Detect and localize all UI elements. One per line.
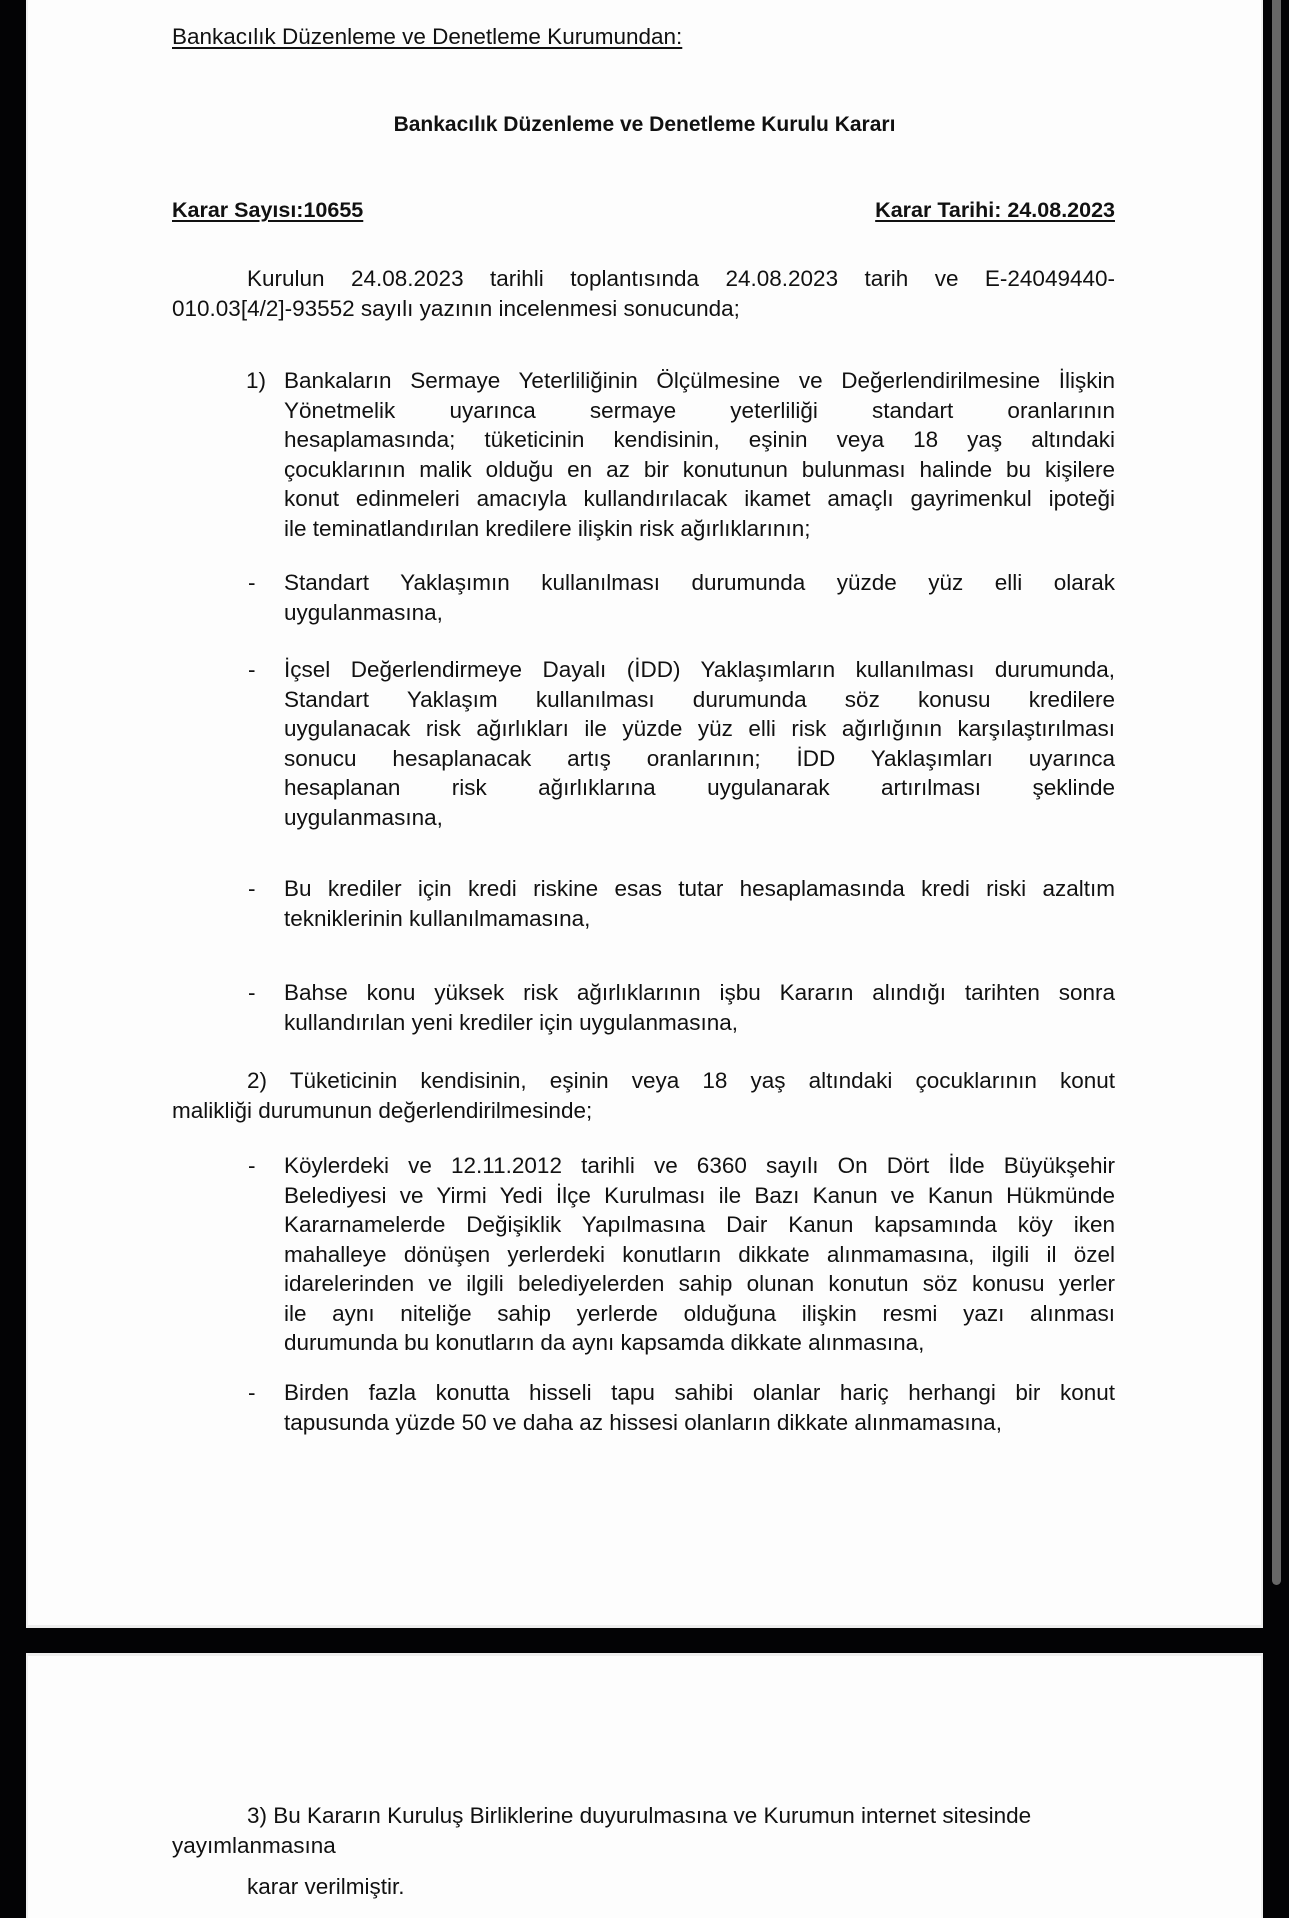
- intro-line: 010.03[4/2]-93552 sayılı yazının incelen…: [172, 294, 1115, 324]
- bullet-line: idarelerinden ve ilgili belediyelerden s…: [284, 1269, 1115, 1299]
- item-2-text: 2) Tüketicinin kendisinin, eşinin veya 1…: [172, 1066, 1115, 1125]
- bullet-line: uygulanacak risk ağırlıkları ile yüzde y…: [284, 714, 1115, 744]
- item-2-line: malikliği durumunun değerlendirilmesinde…: [172, 1096, 1115, 1126]
- bullet-line: Standart Yaklaşımın kullanılması durumun…: [284, 568, 1115, 598]
- bullet-line: uygulanmasına,: [284, 803, 1115, 833]
- item-1-number: 1): [246, 366, 266, 396]
- item-1-line: çocuklarının malik olduğu en az bir konu…: [284, 455, 1115, 485]
- decision-number: Karar Sayısı:10655: [172, 196, 363, 226]
- bullet-item: İçsel Değerlendirmeye Dayalı (İDD) Yakla…: [284, 655, 1115, 832]
- bullet-line: hesaplanan risk ağırlıklarına uygulanara…: [284, 773, 1115, 803]
- bullet-line: tekniklerinin kullanılmamasına,: [284, 904, 1115, 934]
- bullet-item: Köylerdeki ve 12.11.2012 tarihli ve 6360…: [284, 1151, 1115, 1358]
- bullet-line: ile aynı niteliğe sahip yerlerde olduğun…: [284, 1299, 1115, 1329]
- bullet-item: Bahse konu yüksek risk ağırlıklarının iş…: [284, 978, 1115, 1037]
- bullet-line: İçsel Değerlendirmeye Dayalı (İDD) Yakla…: [284, 655, 1115, 685]
- bullet-line: durumunda bu konutların da aynı kapsamda…: [284, 1328, 1115, 1358]
- item-1-line: hesaplamasında; tüketicinin kendisinin, …: [284, 425, 1115, 455]
- item-1-line: konut edinmeleri amacıyla kullandırılaca…: [284, 484, 1115, 514]
- bullet-item: Standart Yaklaşımın kullanılması durumun…: [284, 568, 1115, 627]
- bullet-line: mahalleye dönüşen yerlerdeki konutların …: [284, 1240, 1115, 1270]
- item-1-line: Bankaların Sermaye Yeterliliğinin Ölçülm…: [284, 366, 1115, 396]
- bullet-line: kullandırılan yeni krediler için uygulan…: [284, 1008, 1115, 1038]
- decision-date: Karar Tarihi: 24.08.2023: [875, 196, 1115, 226]
- bullet-line: Bu krediler için kredi riskine esas tuta…: [284, 874, 1115, 904]
- bullet-line: Standart Yaklaşım kullanılması durumunda…: [284, 685, 1115, 715]
- intro-line: Kurulun 24.08.2023 tarihli toplantısında…: [172, 264, 1115, 294]
- bullet-marker: -: [248, 1151, 256, 1181]
- item-1-line: ile teminatlandırılan kredilere ilişkin …: [284, 514, 1115, 544]
- document-title: Bankacılık Düzenleme ve Denetleme Kurulu…: [0, 110, 1289, 140]
- bullet-marker: -: [248, 568, 256, 598]
- bullet-item: Bu krediler için kredi riskine esas tuta…: [284, 874, 1115, 933]
- item-1-text: Bankaların Sermaye Yeterliliğinin Ölçülm…: [284, 366, 1115, 543]
- intro-paragraph: Kurulun 24.08.2023 tarihli toplantısında…: [172, 264, 1115, 323]
- document-page-2: [26, 1653, 1263, 1918]
- bullet-marker: -: [248, 1378, 256, 1408]
- bullet-line: uygulanmasına,: [284, 598, 1115, 628]
- bullet-line: Kararnamelerde Değişiklik Yapılmasına Da…: [284, 1210, 1115, 1240]
- closing-line: karar verilmiştir.: [247, 1872, 405, 1902]
- bullet-line: Bahse konu yüksek risk ağırlıklarının iş…: [284, 978, 1115, 1008]
- item-3-line: 3) Bu Kararın Kuruluş Birliklerine duyur…: [247, 1801, 1031, 1831]
- bullet-marker: -: [248, 655, 256, 685]
- bullet-marker: -: [248, 978, 256, 1008]
- bullet-marker: -: [248, 874, 256, 904]
- bullet-item: Birden fazla konutta hisseli tapu sahibi…: [284, 1378, 1115, 1437]
- bullet-line: sonucu hesaplanacak artış oranlarının; İ…: [284, 744, 1115, 774]
- bullet-line: Belediyesi ve Yirmi Yedi İlçe Kurulması …: [284, 1181, 1115, 1211]
- scrollbar-thumb[interactable]: [1272, 0, 1281, 1585]
- bullet-line: Birden fazla konutta hisseli tapu sahibi…: [284, 1378, 1115, 1408]
- bullet-line: Köylerdeki ve 12.11.2012 tarihli ve 6360…: [284, 1151, 1115, 1181]
- item-1-line: Yönetmelik uyarınca sermaye yeterliliği …: [284, 396, 1115, 426]
- issuer-line: Bankacılık Düzenleme ve Denetleme Kurumu…: [172, 22, 682, 52]
- item-2-line: 2) Tüketicinin kendisinin, eşinin veya 1…: [172, 1066, 1115, 1096]
- bullet-line: tapusunda yüzde 50 ve daha az hissesi ol…: [284, 1408, 1115, 1438]
- item-3-line: yayımlanmasına: [172, 1831, 336, 1861]
